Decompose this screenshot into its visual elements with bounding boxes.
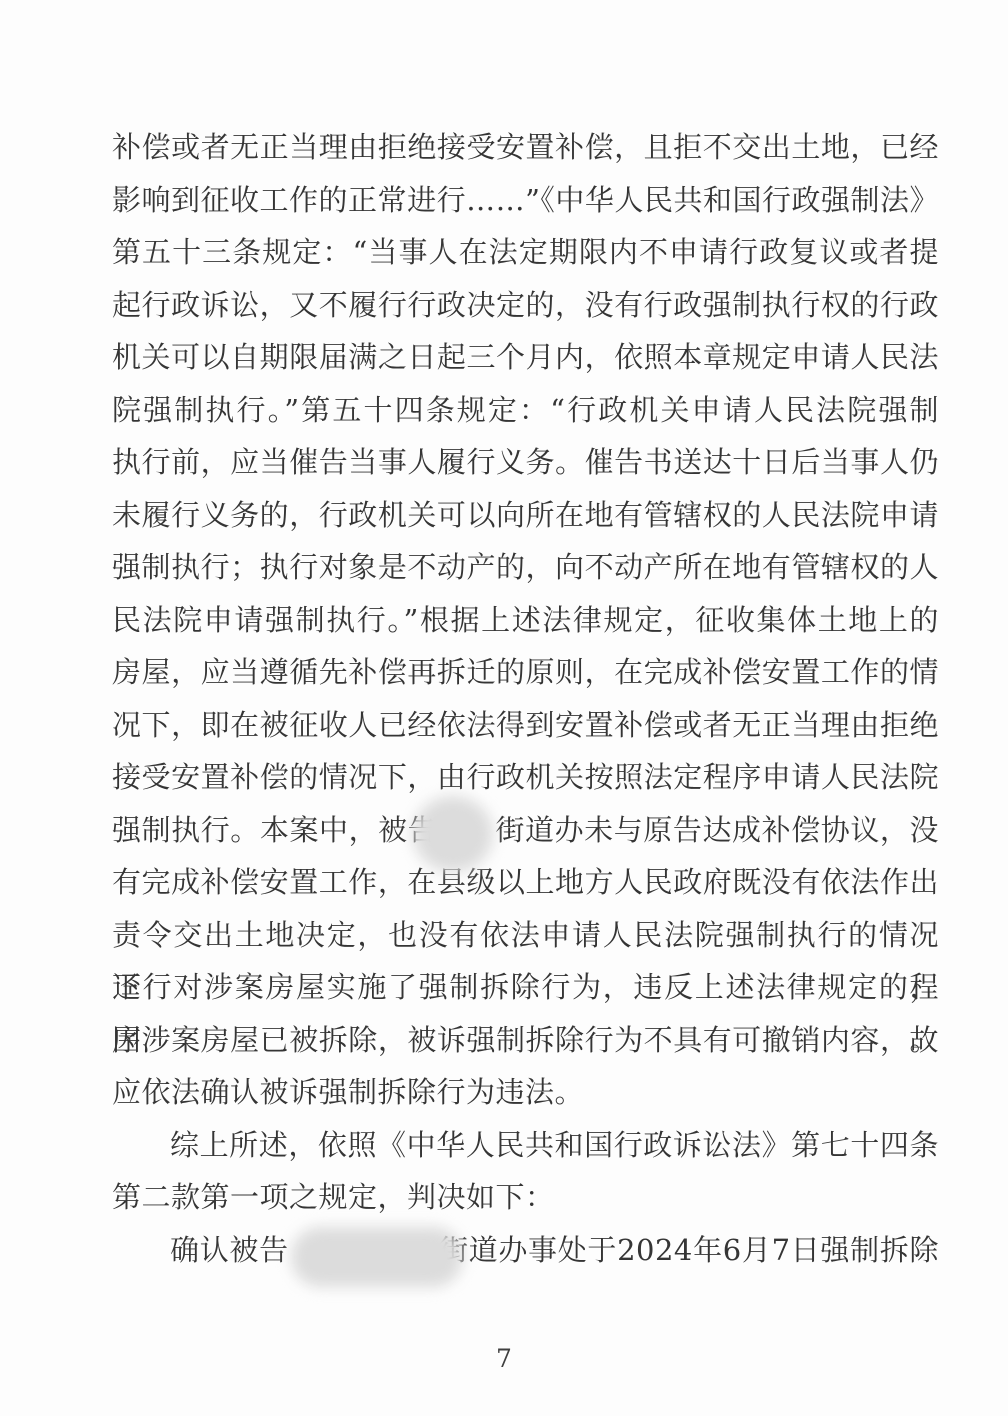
text-line: 房屋，应当遵循先补偿再拆迁的原则，在完成补偿安置工作的情 <box>112 646 939 699</box>
redacted-gap <box>437 839 495 840</box>
text-segment: 强制执行。本案中，被告 <box>112 813 437 847</box>
text-line: 院强制执行。”第五十四条规定：“行政机关申请人民法院强制 <box>112 384 939 437</box>
text-line: 民法院申请强制执行。”根据上述法律规定，征收集体土地上的 <box>112 594 939 647</box>
text-line: 有完成补偿安置工作，在县级以上地方人民政府既没有依法作出 <box>112 856 939 909</box>
text-line: 第五十三条规定：“当事人在法定期限内不申请行政复议或者提 <box>112 226 939 279</box>
text-line: 第二款第一项之规定，判决如下： <box>112 1171 939 1224</box>
text-line: 因涉案房屋已被拆除，被诉强制拆除行为不具有可撤销内容，故 <box>112 1014 939 1067</box>
text-line: 未履行义务的，行政机关可以向所在地有管辖权的人民法院申请 <box>112 489 939 542</box>
text-line: 综上所述，依照《中华人民共和国行政诉讼法》第七十四条 <box>112 1119 939 1172</box>
text-line: 强制执行；执行对象是不动产的，向不动产所在地有管辖权的人 <box>112 541 939 594</box>
redacted-gap <box>289 1259 439 1260</box>
page-number: 7 <box>0 1344 1008 1373</box>
text-segment: 确认被告 <box>170 1233 289 1267</box>
text-segment: 街道办未与原告达成补偿协议，没 <box>495 813 939 847</box>
text-line-redacted: 强制执行。本案中，被告街道办未与原告达成补偿协议，没 <box>112 804 939 857</box>
judgment-body-text: 补偿或者无正当理由拒绝接受安置补偿，且拒不交出土地，已经影响到征收工作的正常进行… <box>112 121 939 1276</box>
text-line: 责令交出土地决定，也没有依法申请人民法院强制执行的情况下， <box>112 909 939 962</box>
text-line: 补偿或者无正当理由拒绝接受安置补偿，且拒不交出土地，已经 <box>112 121 939 174</box>
text-line: 应依法确认被诉强制拆除行为违法。 <box>112 1066 939 1119</box>
text-line: 迳行对涉案房屋实施了强制拆除行为，违反上述法律规定的程序。 <box>112 961 939 1014</box>
text-line: 执行前，应当催告当事人履行义务。催告书送达十日后当事人仍 <box>112 436 939 489</box>
text-line: 起行政诉讼，又不履行行政决定的，没有行政强制执行权的行政 <box>112 279 939 332</box>
text-segment: 街道办事处于2024年6月7日强制拆除 <box>439 1233 939 1267</box>
text-line: 接受安置补偿的情况下，由行政机关按照法定程序申请人民法院 <box>112 751 939 804</box>
text-line-redacted: 确认被告街道办事处于2024年6月7日强制拆除 <box>112 1224 939 1277</box>
text-line: 况下，即在被征收人已经依法得到安置补偿或者无正当理由拒绝 <box>112 699 939 752</box>
judgment-page: 补偿或者无正当理由拒绝接受安置补偿，且拒不交出土地，已经影响到征收工作的正常进行… <box>0 0 1008 1416</box>
text-line: 影响到征收工作的正常进行……”《中华人民共和国行政强制法》 <box>112 174 939 227</box>
text-line: 机关可以自期限届满之日起三个月内，依照本章规定申请人民法 <box>112 331 939 384</box>
